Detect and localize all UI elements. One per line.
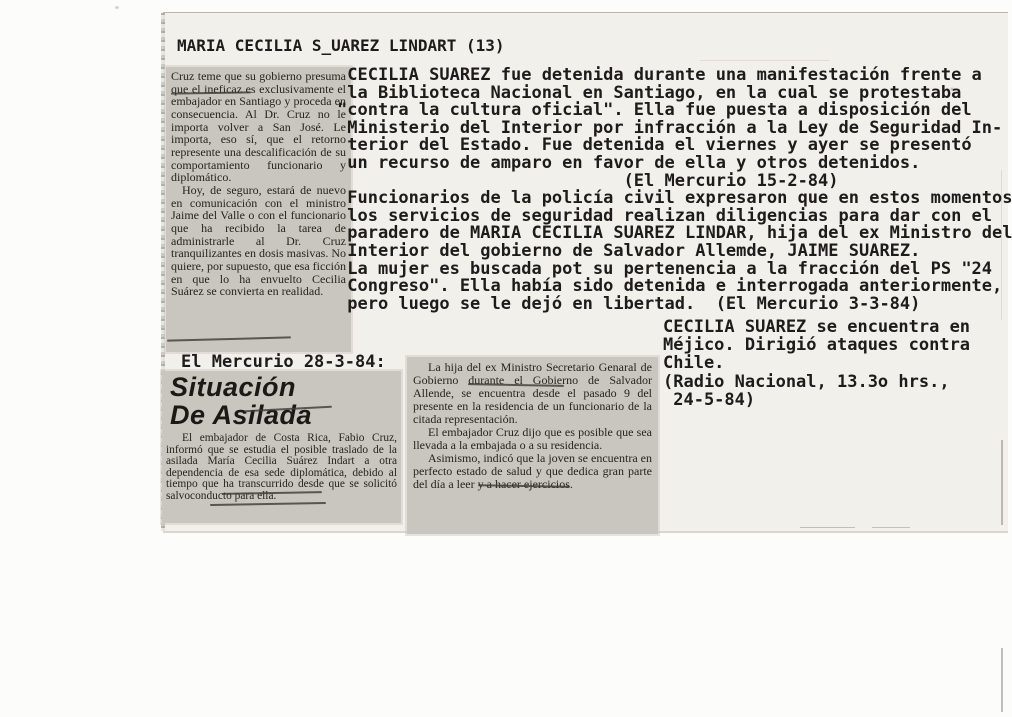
scan-dash-bottom-2	[872, 527, 910, 528]
page-title: MARIA CECILIA S̲UAREZ LINDART (13)	[177, 36, 505, 55]
typed-report-main: CECILIA SUAREZ fue detenida durante una …	[337, 67, 1012, 313]
clipping-paragraph: La hija del ex Ministro Secretario Genar…	[413, 361, 652, 426]
typed-line: CECILIA SUAREZ se encuentra en	[663, 318, 970, 336]
typed-line: Chile.	[663, 354, 970, 372]
typed-line: pero luego se le dejó en libertad. (El M…	[337, 296, 1012, 314]
scan-speck-top-left	[115, 6, 119, 9]
source-heading: El Mercurio 28-3-84:	[181, 353, 386, 372]
scanned-document-page: MARIA CECILIA S̲UAREZ LINDART (13) Cruz …	[0, 0, 1012, 717]
clipping-cruz-column: Cruz teme que su gobierno presuma que el…	[166, 67, 351, 352]
scan-dash-top	[700, 60, 830, 61]
clipping-paragraph: Cruz teme que su gobierno presuma que el…	[171, 70, 346, 184]
clipping-situacion-de-asilada: Situación De Asilada El embajador de Cos…	[162, 371, 401, 523]
typed-line: Interior del gobierno de Salvador Allemd…	[337, 243, 1012, 261]
typed-report-right: CECILIA SUAREZ se encuentra enMéjico. Di…	[663, 318, 970, 409]
typed-line: 24-5-84)	[663, 391, 970, 409]
scan-edge-line-right-low	[1001, 648, 1003, 712]
scan-dash-bottom-1	[800, 527, 855, 528]
clipping-headline-line1: Situación	[166, 373, 397, 401]
clipping-paragraph: Hoy, de seguro, estará de nuevo en comun…	[171, 184, 346, 298]
typed-line: CECILIA SUAREZ fue detenida durante una …	[337, 67, 1012, 85]
scan-edge-line-right-faint	[1001, 170, 1002, 320]
typed-line: (Radio Nacional, 13.3o hrs.,	[663, 373, 970, 391]
typed-line: Méjico. Dirigió ataques contra	[663, 336, 970, 354]
clipping-headline-line2: De Asilada	[166, 401, 397, 429]
typed-line: un recurso de amparo en favor de ella y …	[337, 155, 1012, 173]
scan-edge-line-right-mid	[1001, 440, 1003, 525]
clipping-paragraph: El embajador Cruz dijo que es posible qu…	[413, 426, 652, 452]
